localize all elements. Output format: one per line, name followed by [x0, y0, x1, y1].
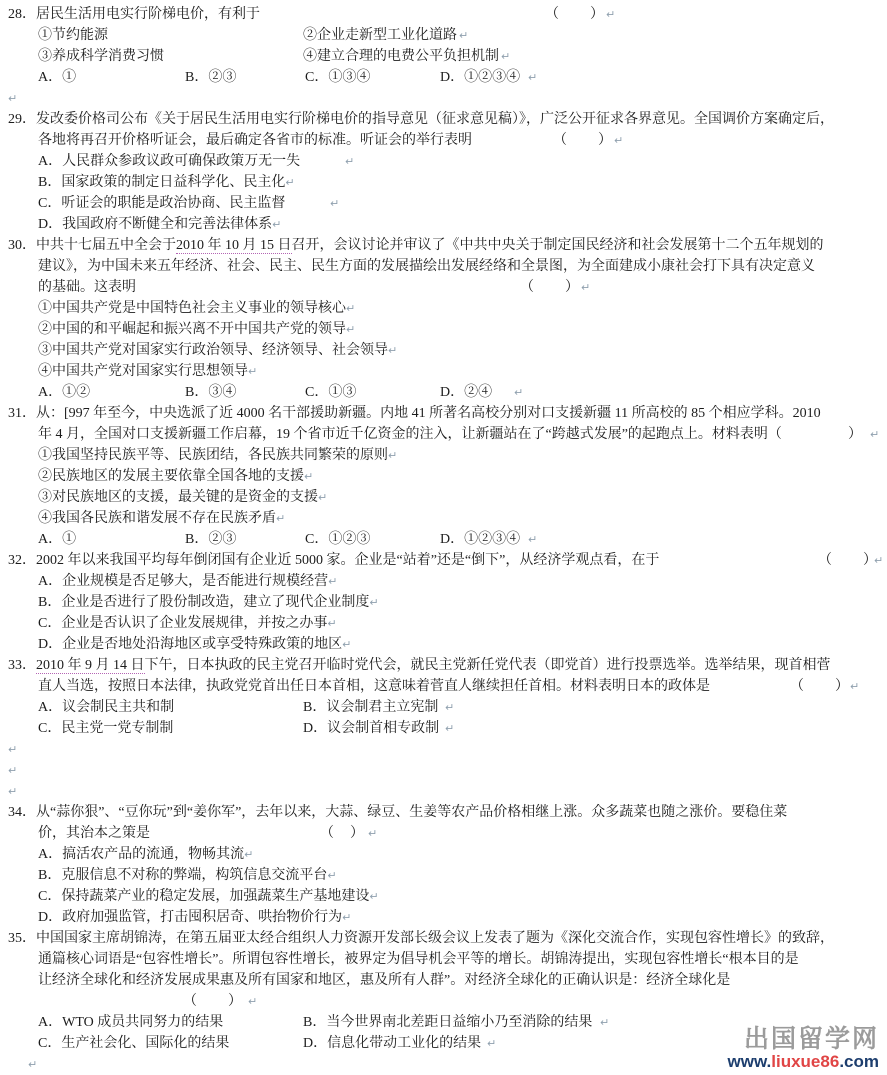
text-run: ③中国共产党对国家实行政治领导、经济领导、社会领导: [38, 343, 388, 358]
text-run: A．WTO 成员共同努力的结果: [38, 1015, 223, 1030]
paragraph-mark-icon: ↵: [285, 176, 294, 189]
text-run: 33．: [8, 658, 36, 673]
watermark: 出国留学网 www.liuxue86.com: [728, 1027, 880, 1070]
paragraph-mark-icon: ↵: [244, 848, 253, 861]
watermark-url-www: www.: [728, 1052, 772, 1071]
text-run: D．议会制首相专政制: [303, 718, 439, 739]
text-run: C．①③: [305, 382, 356, 403]
q29-stem-1: 29．发改委价格司公布《关于居民生活用电实行阶梯电价的指导意见（征求意见稿）》，…: [0, 109, 887, 130]
q31-item-4: ④我国各民族和谐发展不存在民族矛盾↵: [0, 508, 887, 529]
paragraph-mark-icon: ↵: [346, 302, 355, 315]
q35-stem-2: 通篇核心词语是“包容性增长”。所谓包容性增长，被界定为倡导机会平等的增长。胡锦涛…: [0, 949, 887, 970]
paragraph-mark-icon: ↵: [445, 697, 454, 718]
text-run: 价，其治本之策是: [38, 826, 150, 841]
text-run: ③对民族地区的支援，最关键的是资金的支援: [38, 490, 318, 505]
paragraph-mark-icon: ↵: [528, 529, 537, 550]
q32-choice-c: C．企业是否认识了企业发展规律，并按之办事↵: [0, 613, 887, 634]
exam-document: 28．居民生活用电实行阶梯电价，有利于（ ）↵①节约能源②企业走新型工业化道路↵…: [0, 0, 887, 1075]
text-run: C．民主党一党专制制: [38, 721, 173, 736]
text-run: B．议会制君主立宪制: [303, 697, 438, 718]
text-run: 召开，会议讨论并审议了《中共中央关于制定国民经济和社会发展第十二个五年规划的: [292, 238, 824, 253]
paragraph-mark-icon: ↵: [345, 151, 354, 172]
text-run: B．克服信息不对称的弊端，构筑信息交流平台: [38, 868, 327, 883]
answer-blank: （ ）: [553, 130, 613, 151]
paragraph-mark-icon: ↵: [342, 638, 351, 651]
paragraph-mark-icon: ↵: [445, 718, 454, 739]
paragraph-mark-icon: ↵: [304, 470, 313, 483]
text-run: 建议》，为中国未来五年经济、社会、民主、民生方面的发展描绘出发展经络和全景图，为…: [38, 259, 815, 274]
paragraph-mark-icon: ↵: [528, 67, 537, 88]
text-run: D．信息化带动工业化的结果: [303, 1033, 481, 1054]
underlined-date: 2010 年 10 月 15 日: [176, 238, 292, 254]
q31-item-3: ③对民族地区的支援，最关键的是资金的支援↵: [0, 487, 887, 508]
watermark-url-tld: .com: [839, 1052, 879, 1071]
paragraph-mark-icon: ↵: [514, 382, 523, 403]
text-run: 各地将再召开价格听证会，最后确定各省市的标准。听证会的举行表明: [38, 133, 472, 148]
q34-stem-1: 34．从“蒜你狠”、“豆你玩”到“姜你军”，去年以来，大蒜、绿豆、生姜等农产品价…: [0, 802, 887, 823]
text-run: 35．中国国家主席胡锦涛，在第五届亚太经合组织人力资源开发部长级会议上发表了题为…: [8, 931, 834, 946]
answer-blank: （ ）: [183, 994, 243, 1009]
text-run: ④我国各民族和谐发展不存在民族矛盾: [38, 511, 276, 526]
q30-item-4: ④中国共产党对国家实行思想领导↵: [0, 361, 887, 382]
answer-blank: （ ）: [818, 550, 878, 571]
text-run: ②中国的和平崛起和振兴离不开中国共产党的领导: [38, 322, 346, 337]
text-run: 直人当选，按照日本法律，执政党党首出任日本首相，这意味着菅直人继续担任首相。材料…: [38, 679, 710, 694]
text-run: ③养成科学消费习惯: [38, 49, 164, 64]
q31-item-1: ①我国坚持民族平等、民族团结，各民族共同繁荣的原则↵: [0, 445, 887, 466]
paragraph-mark-icon: ↵: [28, 1058, 37, 1071]
text-run: D．①②③④: [440, 529, 520, 550]
text-run: A．议会制民主共和制: [38, 700, 174, 715]
underlined-date: 2010 年 9 月 14 日: [36, 658, 145, 674]
text-run: C．听证会的职能是政治协商、民主监督: [38, 196, 285, 211]
answer-blank: （ ）: [320, 823, 365, 844]
paragraph-mark-icon: ↵: [606, 4, 615, 25]
paragraph-mark-icon: ↵: [8, 785, 17, 798]
paragraph-mark-icon: ↵: [276, 512, 285, 525]
q35-stem-1: 35．中国国家主席胡锦涛，在第五届亚太经合组织人力资源开发部长级会议上发表了题为…: [0, 928, 887, 949]
q32-choice-d: D．企业是否地处沿海地区或享受特殊政策的地区↵: [0, 634, 887, 655]
q33-stem-2: 直人当选，按照日本法律，执政党党首出任日本首相，这意味着菅直人继续担任首相。材料…: [0, 676, 887, 697]
q28-item-1-2: ①节约能源②企业走新型工业化道路↵: [0, 25, 887, 46]
text-run: B．企业是否进行了股份制改造，建立了现代企业制度: [38, 595, 369, 610]
q35-stem-3: 让经济全球化和经济发展成果惠及所有国家和地区，惠及所有人群”。对经济全球化的正确…: [0, 970, 887, 991]
text-run: ①中国共产党是中国特色社会主义事业的领导核心: [38, 301, 346, 316]
text-run: A．①: [38, 532, 76, 547]
q30-stem-2: 建议》，为中国未来五年经济、社会、民主、民生方面的发展描绘出发展经络和全景图，为…: [0, 256, 887, 277]
q34-stem-2: 价，其治本之策是（ ）↵: [0, 823, 887, 844]
paragraph-mark-icon: ↵: [327, 869, 336, 882]
answer-blank: （ ）: [790, 676, 850, 697]
text-run: D．企业是否地处沿海地区或享受特殊政策的地区: [38, 637, 342, 652]
text-run: D．政府加强监管，打击囤积居奇、哄抬物价行为: [38, 910, 342, 925]
text-run: B．②③: [185, 67, 236, 88]
paragraph-mark-icon: ↵: [581, 277, 590, 298]
text-run: 年 4 月，全国对口支援新疆工作启幕，19 个省市近千亿资金的注入，让新疆站在了…: [38, 427, 782, 442]
text-run: ①节约能源: [38, 28, 108, 43]
paragraph-mark-icon: ↵: [318, 491, 327, 504]
q32-choice-b: B．企业是否进行了股份制改造，建立了现代企业制度↵: [0, 592, 887, 613]
text-run: ②企业走新型工业化道路: [303, 25, 457, 46]
paragraph-mark-icon: ↵: [368, 823, 377, 844]
text-run: 28．居民生活用电实行阶梯电价，有利于: [8, 7, 260, 22]
text-run: D．②④: [440, 382, 492, 403]
paragraph-mark-icon: ↵: [850, 676, 859, 697]
text-run: B．国家政策的制定日益科学化、民主化: [38, 175, 285, 190]
text-run: A．人民群众参政议政可确保政策万无一失: [38, 154, 300, 169]
q30-stem-3: 的基础。这表明（ ）↵: [0, 277, 887, 298]
paragraph-mark-icon: ↵: [874, 550, 883, 571]
text-run: A．①: [38, 70, 76, 85]
q29-choice-b: B．国家政策的制定日益科学化、民主化↵: [0, 172, 887, 193]
text-run: 31．从：[997 年至今，中央选派了近 4000 名干部援助新疆。内地 41 …: [8, 406, 821, 421]
q31-stem-2: 年 4 月，全国对口支援新疆工作启幕，19 个省市近千亿资金的注入，让新疆站在了…: [0, 424, 887, 445]
paragraph-mark-icon: ↵: [501, 46, 510, 67]
text-run: 通篇核心词语是“包容性增长”。所谓包容性增长，被界定为倡导机会平等的增长。胡锦涛…: [38, 952, 799, 967]
paragraph-mark-icon: ↵: [272, 218, 281, 231]
text-run: 34．从“蒜你狠”、“豆你玩”到“姜你军”，去年以来，大蒜、绿豆、生姜等农产品价…: [8, 805, 787, 820]
q30-item-1: ①中国共产党是中国特色社会主义事业的领导核心↵: [0, 298, 887, 319]
paragraph-mark-icon: ↵: [327, 617, 336, 630]
paragraph-mark-icon: ↵: [328, 575, 337, 588]
q28-stem: 28．居民生活用电实行阶梯电价，有利于（ ）↵: [0, 4, 887, 25]
paragraph-mark-icon: ↵: [248, 991, 257, 1012]
text-run: C．保持蔬菜产业的稳定发展，加强蔬菜生产基地建设: [38, 889, 369, 904]
q34-choice-c: C．保持蔬菜产业的稳定发展，加强蔬菜生产基地建设↵: [0, 886, 887, 907]
blank-line: ↵: [0, 781, 887, 802]
blank-line: ↵: [0, 760, 887, 781]
paragraph-mark-icon: ↵: [614, 130, 623, 151]
watermark-site-name: 出国留学网: [728, 1027, 880, 1053]
paragraph-mark-icon: ↵: [8, 743, 17, 756]
paragraph-mark-icon: ↵: [369, 890, 378, 903]
watermark-url: www.liuxue86.com: [728, 1053, 880, 1070]
q29-choice-d: D．我国政府不断健全和完善法律体系↵: [0, 214, 887, 235]
q29-choice-c: C．听证会的职能是政治协商、民主监督↵: [0, 193, 887, 214]
q33-choices-ab: A．议会制民主共和制B．议会制君主立宪制↵: [0, 697, 887, 718]
paragraph-mark-icon: ↵: [369, 596, 378, 609]
text-run: ）: [848, 424, 862, 445]
text-run: ②民族地区的发展主要依靠全国各地的支援: [38, 469, 304, 484]
text-run: 下午，日本执政的民主党召开临时党代会，就民主党新任党代表（即党首）进行投票选举。…: [145, 658, 831, 673]
text-run: 30．中共十七届五中全会于: [8, 238, 176, 253]
paragraph-mark-icon: ↵: [388, 449, 397, 462]
q32-choice-a: A．企业规模是否足够大，是否能进行规模经营↵: [0, 571, 887, 592]
paragraph-mark-icon: ↵: [388, 344, 397, 357]
text-run: A．企业规模是否足够大，是否能进行规模经营: [38, 574, 328, 589]
q31-item-2: ②民族地区的发展主要依靠全国各地的支援↵: [0, 466, 887, 487]
text-run: 29．发改委价格司公布《关于居民生活用电实行阶梯电价的指导意见（征求意见稿）》，…: [8, 112, 834, 127]
q34-choice-d: D．政府加强监管，打击囤积居奇、哄抬物价行为↵: [0, 907, 887, 928]
text-run: C．生产社会化、国际化的结果: [38, 1036, 229, 1051]
text-run: C．企业是否认识了企业发展规律，并按之办事: [38, 616, 327, 631]
q34-choice-b: B．克服信息不对称的弊端，构筑信息交流平台↵: [0, 865, 887, 886]
q30-item-3: ③中国共产党对国家实行政治领导、经济领导、社会领导↵: [0, 340, 887, 361]
text-run: ④中国共产党对国家实行思想领导: [38, 364, 248, 379]
paragraph-mark-icon: ↵: [870, 424, 879, 445]
q31-choices: A．①B．②③C．①②③D．①②③④↵: [0, 529, 887, 550]
q31-stem-1: 31．从：[997 年至今，中央选派了近 4000 名干部援助新疆。内地 41 …: [0, 403, 887, 424]
q30-choices: A．①②B．③④C．①③D．②④↵: [0, 382, 887, 403]
q30-stem-1: 30．中共十七届五中全会于2010 年 10 月 15 日召开，会议讨论并审议了…: [0, 235, 887, 256]
paragraph-mark-icon: ↵: [342, 911, 351, 924]
text-run: D．①②③④: [440, 67, 520, 88]
text-run: 让经济全球化和经济发展成果惠及所有国家和地区，惠及所有人群”。对经济全球化的正确…: [38, 973, 730, 988]
paragraph-mark-icon: ↵: [8, 764, 17, 777]
text-run: A．①②: [38, 385, 90, 400]
paragraph-mark-icon: ↵: [330, 193, 339, 214]
text-run: 32．2002 年以来我国平均每年倒闭国有企业近 5000 家。企业是“站着”还…: [8, 553, 659, 568]
q35-answer-blank-line: （ ）↵: [0, 991, 887, 1012]
paragraph-mark-icon: ↵: [8, 92, 17, 105]
text-run: A．搞活农产品的流通，物畅其流: [38, 847, 244, 862]
text-run: ①我国坚持民族平等、民族团结，各民族共同繁荣的原则: [38, 448, 388, 463]
paragraph-mark-icon: ↵: [346, 323, 355, 336]
paragraph-mark-icon: ↵: [487, 1033, 496, 1054]
text-run: B．当今世界南北差距日益缩小乃至消除的结果: [303, 1012, 592, 1033]
text-run: C．①②③: [305, 529, 370, 550]
text-run: 的基础。这表明: [38, 280, 136, 295]
q29-stem-2: 各地将再召开价格听证会，最后确定各省市的标准。听证会的举行表明（ ）↵: [0, 130, 887, 151]
text-run: C．①③④: [305, 67, 370, 88]
q34-choice-a: A．搞活农产品的流通，物畅其流↵: [0, 844, 887, 865]
q33-choices-cd: C．民主党一党专制制D．议会制首相专政制↵: [0, 718, 887, 739]
paragraph-mark-icon: ↵: [248, 365, 257, 378]
paragraph-mark-icon: ↵: [600, 1012, 609, 1033]
q32-stem: 32．2002 年以来我国平均每年倒闭国有企业近 5000 家。企业是“站着”还…: [0, 550, 887, 571]
q30-item-2: ②中国的和平崛起和振兴离不开中国共产党的领导↵: [0, 319, 887, 340]
text-run: B．③④: [185, 382, 236, 403]
q33-stem-1: 33．2010 年 9 月 14 日下午，日本执政的民主党召开临时党代会，就民主…: [0, 655, 887, 676]
answer-blank: （ ）: [545, 4, 605, 25]
text-run: ④建立合理的电费公平负担机制: [303, 46, 499, 67]
q29-choice-a: A．人民群众参政议政可确保政策万无一失↵: [0, 151, 887, 172]
q28-choices: A．①B．②③C．①③④D．①②③④↵: [0, 67, 887, 88]
watermark-url-domain: liuxue86: [771, 1052, 839, 1071]
paragraph-mark-icon: ↵: [459, 25, 468, 46]
blank-line: ↵: [0, 88, 887, 109]
text-run: B．②③: [185, 529, 236, 550]
answer-blank: （ ）: [520, 277, 580, 298]
text-run: D．我国政府不断健全和完善法律体系: [38, 217, 272, 232]
q28-item-3-4: ③养成科学消费习惯④建立合理的电费公平负担机制↵: [0, 46, 887, 67]
blank-line: ↵: [0, 739, 887, 760]
